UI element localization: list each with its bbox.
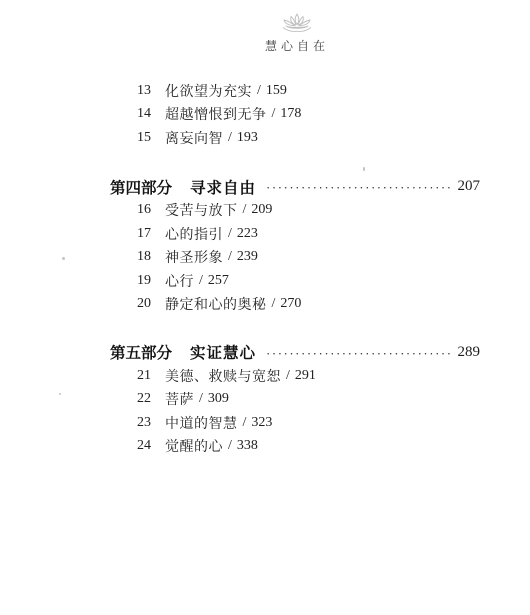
scan-speck <box>62 257 65 260</box>
chapter-title: 化欲望为充实 <box>165 81 252 101</box>
toc-item: 21 美德、救赎与宽恕 / 291 <box>0 364 530 388</box>
chapter-page-number: 223 <box>237 226 258 242</box>
page-header-inner: 慧心自在 <box>265 13 329 54</box>
chapter-number: 13 <box>137 83 153 99</box>
chapter-number: 22 <box>137 391 153 407</box>
chapter-title: 心的指引 <box>165 224 223 244</box>
chapter-page-number: 209 <box>251 202 272 218</box>
section-label: 第四部分 <box>110 176 172 198</box>
chapter-number: 14 <box>137 106 153 122</box>
chapter-page-number: 338 <box>237 438 258 454</box>
toc-item: 19 心行 / 257 <box>0 269 530 293</box>
separator: / <box>228 130 232 146</box>
dot-leader: ········································… <box>266 181 451 194</box>
chapter-title: 美德、救赎与宽恕 <box>165 366 281 386</box>
toc-item: 16 受苦与放下 / 209 <box>0 199 530 223</box>
toc-item: 14 超越憎恨到无争 / 178 <box>0 103 530 127</box>
toc-group: 13 化欲望为充实 / 159 14 超越憎恨到无争 / 178 15 离妄向智… <box>0 79 530 150</box>
separator: / <box>272 296 276 312</box>
page-header: 慧心自在 <box>0 13 530 55</box>
chapter-title: 中道的智慧 <box>165 413 238 433</box>
chapter-number: 19 <box>137 273 153 289</box>
separator: / <box>228 249 232 265</box>
separator: / <box>286 368 290 384</box>
chapter-title: 菩萨 <box>165 389 194 409</box>
table-of-contents: 13 化欲望为充实 / 159 14 超越憎恨到无争 / 178 15 离妄向智… <box>0 79 530 458</box>
toc-item: 18 神圣形象 / 239 <box>0 246 530 270</box>
section-heading: 第五部分 实证慧心 ······························… <box>110 340 480 364</box>
chapter-page-number: 309 <box>208 391 229 407</box>
chapter-title: 离妄向智 <box>165 128 223 148</box>
toc-group: 第五部分 实证慧心 ······························… <box>0 340 530 458</box>
chapter-page-number: 159 <box>266 83 287 99</box>
separator: / <box>243 202 247 218</box>
toc-item: 22 菩萨 / 309 <box>0 388 530 412</box>
toc-group: 第四部分 寻求自由 ······························… <box>0 175 530 317</box>
chapter-page-number: 323 <box>251 415 272 431</box>
dot-leader: ········································… <box>266 347 451 360</box>
section-page-number: 207 <box>458 178 481 195</box>
chapter-page-number: 193 <box>237 130 258 146</box>
chapter-title: 觉醒的心 <box>165 436 223 456</box>
chapter-page-number: 178 <box>280 106 301 122</box>
chapter-number: 16 <box>137 202 153 218</box>
toc-item: 23 中道的智慧 / 323 <box>0 411 530 435</box>
chapter-number: 21 <box>137 368 153 384</box>
chapter-title: 心行 <box>165 271 194 291</box>
chapter-number: 18 <box>137 249 153 265</box>
toc-item: 17 心的指引 / 223 <box>0 222 530 246</box>
section-title: 寻求自由 <box>190 176 256 198</box>
lotus-icon <box>279 13 315 34</box>
section-label: 第五部分 <box>110 341 172 363</box>
chapter-number: 23 <box>137 415 153 431</box>
toc-item: 20 静定和心的奥秘 / 270 <box>0 293 530 317</box>
chapter-title: 神圣形象 <box>165 247 223 267</box>
separator: / <box>243 415 247 431</box>
separator: / <box>228 226 232 242</box>
chapter-page-number: 270 <box>280 296 301 312</box>
section-page-number: 289 <box>458 344 481 361</box>
chapter-number: 15 <box>137 130 153 146</box>
chapter-page-number: 239 <box>237 249 258 265</box>
scan-speck <box>59 393 61 395</box>
separator: / <box>272 106 276 122</box>
separator: / <box>228 438 232 454</box>
separator: / <box>199 391 203 407</box>
book-toc-page: 慧心自在 13 化欲望为充实 / 159 14 超越憎恨到无争 / 178 15… <box>0 0 530 615</box>
toc-item: 24 觉醒的心 / 338 <box>0 435 530 459</box>
chapter-page-number: 257 <box>208 273 229 289</box>
chapter-title: 超越憎恨到无争 <box>165 104 267 124</box>
scan-speck <box>363 167 365 171</box>
chapter-title: 静定和心的奥秘 <box>165 294 267 314</box>
chapter-page-number: 291 <box>295 368 316 384</box>
chapter-title: 受苦与放下 <box>165 200 238 220</box>
toc-item: 13 化欲望为充实 / 159 <box>0 79 530 103</box>
section-heading: 第四部分 寻求自由 ······························… <box>110 175 480 199</box>
chapter-number: 24 <box>137 438 153 454</box>
chapter-number: 20 <box>137 296 153 312</box>
toc-item: 15 离妄向智 / 193 <box>0 126 530 150</box>
chapter-number: 17 <box>137 226 153 242</box>
separator: / <box>199 273 203 289</box>
separator: / <box>257 83 261 99</box>
book-title: 慧心自在 <box>265 37 329 54</box>
section-title: 实证慧心 <box>190 341 256 363</box>
